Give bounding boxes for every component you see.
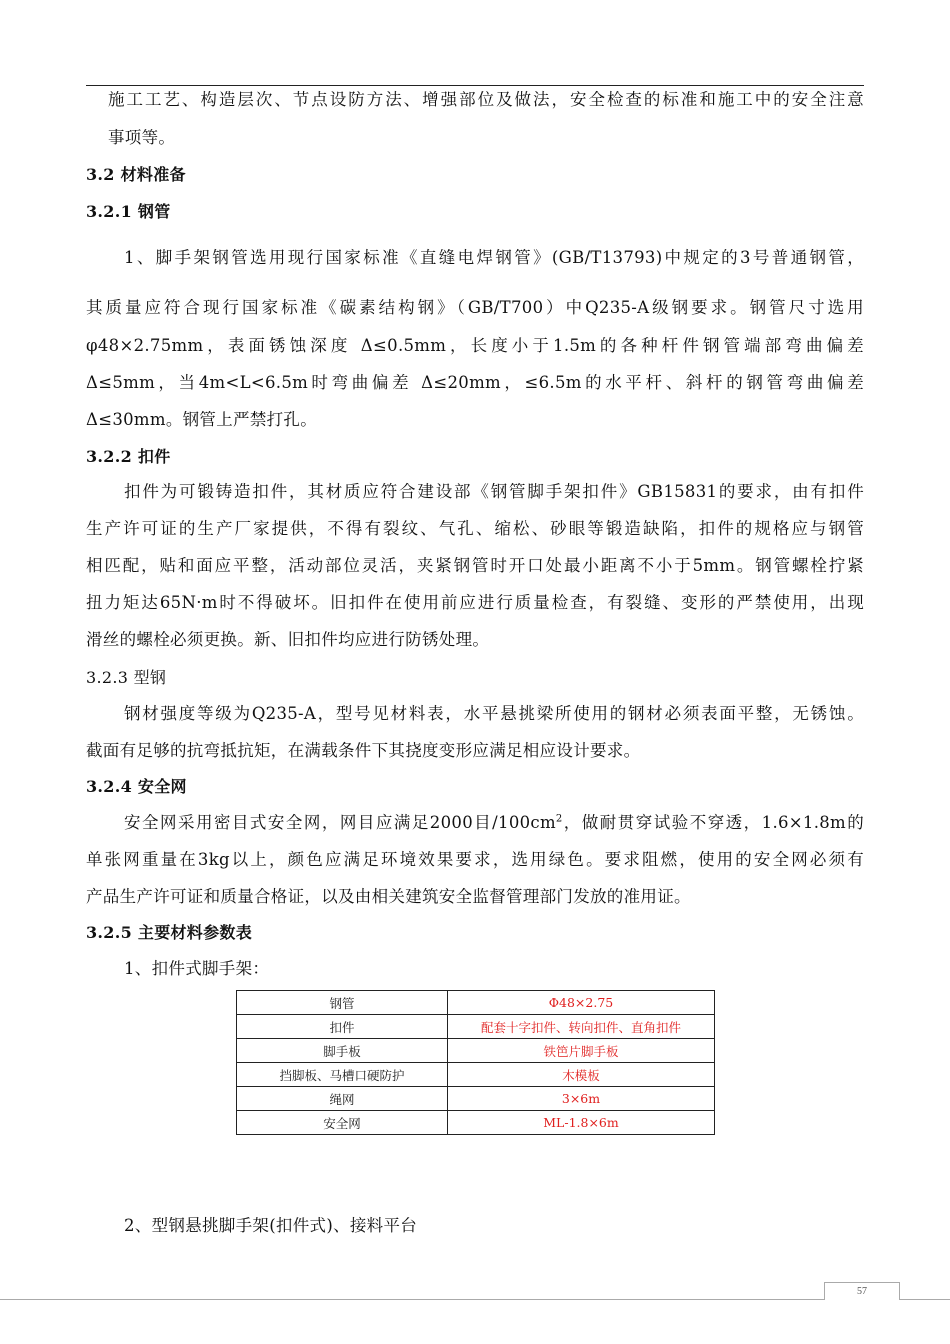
table-row: 扣件 配套十字扣件、转向扣件、直角扣件: [237, 1015, 715, 1039]
section-steel-para-line-1: 钢材强度等级为Q235-A，型号见材料表，水平悬挑梁所使用的钢材必须表面平整，无…: [86, 703, 864, 725]
list-item-2: 2、型钢悬挑脚手架(扣件式)、接料平台: [86, 1215, 864, 1237]
table-row: 绳网 3×6m: [237, 1087, 715, 1111]
table-row: 安全网 ML-1.8×6m: [237, 1111, 715, 1135]
heading-3-2-4: 3.2.4 安全网: [86, 776, 864, 798]
table-cell-item: 安全网: [237, 1111, 448, 1135]
steel-pipe-para-line-1: 1、脚手架钢管选用现行国家标准《直缝电焊钢管》(GB/T13793)中规定的3号…: [86, 247, 864, 269]
continuation-line-2: 事项等。: [86, 127, 864, 149]
table-cell-item: 钢管: [237, 991, 448, 1015]
table-cell-spec: 配套十字扣件、转向扣件、直角扣件: [448, 1015, 715, 1039]
header-rule: [86, 85, 864, 86]
section-steel-para-line-2: 截面有足够的抗弯抵抗矩，在满载条件下其挠度变形应满足相应设计要求。: [86, 740, 864, 762]
table-cell-spec: ML-1.8×6m: [448, 1111, 715, 1135]
footer-rule-right: [900, 1299, 950, 1300]
safety-net-para-line-3: 产品生产许可证和质量合格证，以及由相关建筑安全监督管理部门发放的准用证。: [86, 886, 864, 908]
heading-3-2: 3.2 材料准备: [86, 164, 864, 186]
coupler-para-line-3: 相匹配，贴和面应平整，活动部位灵活，夹紧钢管时开口处最小距离不小于5mm。钢管螺…: [86, 555, 864, 577]
steel-pipe-para-line-2: 其质量应符合现行国家标准《碳素结构钢》（GB/T700）中Q235-A级钢要求。…: [86, 297, 864, 319]
coupler-para-line-4: 扭力矩达65N·m时不得破坏。旧扣件在使用前应进行质量检查，有裂缝、变形的严禁使…: [86, 592, 864, 614]
page-number: 57: [824, 1282, 900, 1300]
heading-3-2-1: 3.2.1 钢管: [86, 201, 864, 223]
table-cell-spec: Φ48×2.75: [448, 991, 715, 1015]
steel-pipe-para-line-5: Δ≤30mm。钢管上严禁打孔。: [86, 409, 864, 431]
table-row: 钢管 Φ48×2.75: [237, 991, 715, 1015]
safety-net-para-line-1: 安全网采用密目式安全网，网目应满足2000目/100cm2，做耐贯穿试验不穿透，…: [86, 812, 864, 834]
table-row: 脚手板 铁笆片脚手板: [237, 1039, 715, 1063]
coupler-para-line-5: 滑丝的螺栓必须更换。新、旧扣件均应进行防锈处理。: [86, 629, 864, 651]
table-cell-item: 脚手板: [237, 1039, 448, 1063]
coupler-para-line-2: 生产许可证的生产厂家提供，不得有裂纹、气孔、缩松、砂眼等锻造缺陷，扣件的规格应与…: [86, 518, 864, 540]
material-params-table: 钢管 Φ48×2.75 扣件 配套十字扣件、转向扣件、直角扣件 脚手板 铁笆片脚…: [236, 990, 715, 1135]
heading-3-2-5: 3.2.5 主要材料参数表: [86, 922, 864, 944]
heading-3-2-3: 3.2.3 型钢: [86, 667, 864, 689]
heading-3-2-2: 3.2.2 扣件: [86, 446, 864, 468]
footer-rule-left: [0, 1299, 824, 1300]
table-cell-spec: 3×6m: [448, 1087, 715, 1111]
table-cell-item: 挡脚板、马槽口硬防护: [237, 1063, 448, 1087]
table-cell-spec: 木模板: [448, 1063, 715, 1087]
table-cell-item: 扣件: [237, 1015, 448, 1039]
steel-pipe-para-line-3: φ48×2.75mm，表面锈蚀深度 Δ≤0.5mm，长度小于1.5m的各种杆件钢…: [86, 335, 864, 357]
continuation-line-1: 施工工艺、构造层次、节点设防方法、增强部位及做法，安全检查的标准和施工中的安全注…: [86, 89, 864, 111]
list-item-1: 1、扣件式脚手架：: [86, 958, 864, 980]
table-cell-item: 绳网: [237, 1087, 448, 1111]
table-cell-spec: 铁笆片脚手板: [448, 1039, 715, 1063]
coupler-para-line-1: 扣件为可锻铸造扣件，其材质应符合建设部《钢管脚手架扣件》GB15831的要求，由…: [86, 481, 864, 503]
steel-pipe-para-line-4: Δ≤5mm，当4m<L<6.5m时弯曲偏差 Δ≤20mm，≤6.5m的水平杆、斜…: [86, 372, 864, 394]
safety-net-para-line-2: 单张网重量在3kg以上，颜色应满足环境效果要求，选用绿色。要求阻燃，使用的安全网…: [86, 849, 864, 871]
table-row: 挡脚板、马槽口硬防护 木模板: [237, 1063, 715, 1087]
